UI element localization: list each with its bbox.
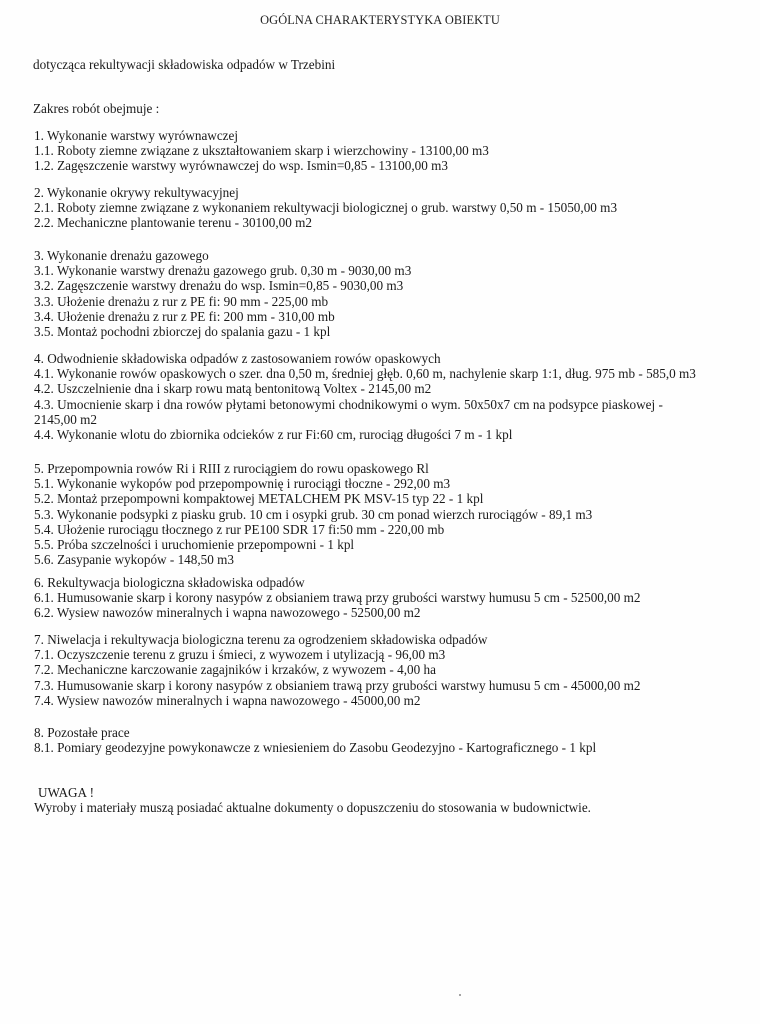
section-item: 4.3. Umocnienie skarp i dna rowów płytam… bbox=[34, 397, 744, 412]
note-text: Wyroby i materiały muszą posiadać aktual… bbox=[34, 800, 738, 815]
section-heading: 1. Wykonanie warstwy wyrównawczej bbox=[34, 128, 744, 143]
section-heading: 3. Wykonanie drenażu gazowego bbox=[34, 248, 744, 263]
section-2: 2. Wykonanie okrywy rekultywacyjnej 2.1.… bbox=[34, 185, 744, 231]
section-item: 5.1. Wykonanie wykopów pod przepompownię… bbox=[34, 476, 744, 491]
section-item: 6.1. Humusowanie skarp i korony nasypów … bbox=[34, 590, 744, 605]
section-4: 4. Odwodnienie składowiska odpadów z zas… bbox=[34, 351, 744, 442]
section-item: 5.2. Montaż przepompowni kompaktowej MET… bbox=[34, 491, 744, 506]
section-item: 7.3. Humusowanie skarp i korony nasypów … bbox=[34, 678, 744, 693]
document-page: OGÓLNA CHARAKTERYSTYKA OBIEKTU dotycząca… bbox=[0, 0, 760, 1024]
section-item: 3.4. Ułożenie drenażu z rur z PE fi: 200… bbox=[34, 309, 744, 324]
note-block: UWAGA ! Wyroby i materiały muszą posiada… bbox=[38, 785, 738, 815]
section-item: 2.2. Mechaniczne plantowanie terenu - 30… bbox=[34, 215, 744, 230]
section-item: 3.1. Wykonanie warstwy drenażu gazowego … bbox=[34, 263, 744, 278]
section-item: 7.2. Mechaniczne karczowanie zagajników … bbox=[34, 662, 744, 677]
section-6: 6. Rekultywacja biologiczna składowiska … bbox=[34, 575, 744, 621]
section-item-continuation: 2145,00 m2 bbox=[34, 412, 744, 427]
section-heading: 8. Pozostałe prace bbox=[34, 725, 744, 740]
section-item: 1.1. Roboty ziemne związane z ukształtow… bbox=[34, 143, 744, 158]
section-item: 5.6. Zasypanie wykopów - 148,50 m3 bbox=[34, 552, 744, 567]
note-label: UWAGA ! bbox=[38, 785, 738, 800]
section-item: 3.5. Montaż pochodni zbiorczej do spalan… bbox=[34, 324, 744, 339]
section-item: 8.1. Pomiary geodezyjne powykonawcze z w… bbox=[34, 740, 744, 755]
scan-speck bbox=[459, 994, 461, 996]
section-7: 7. Niwelacja i rekultywacja biologiczna … bbox=[34, 632, 744, 708]
section-3: 3. Wykonanie drenażu gazowego 3.1. Wykon… bbox=[34, 248, 744, 339]
section-heading: 6. Rekultywacja biologiczna składowiska … bbox=[34, 575, 744, 590]
section-item: 4.2. Uszczelnienie dna i skarp rowu matą… bbox=[34, 381, 744, 396]
section-item: 2.1. Roboty ziemne związane z wykonaniem… bbox=[34, 200, 744, 215]
section-item: 1.2. Zagęszczenie warstwy wyrównawczej d… bbox=[34, 158, 744, 173]
section-heading: 5. Przepompownia rowów Ri i RIII z ruroc… bbox=[34, 461, 744, 476]
section-5: 5. Przepompownia rowów Ri i RIII z ruroc… bbox=[34, 461, 744, 567]
section-item: 5.5. Próba szczelności i uruchomienie pr… bbox=[34, 537, 744, 552]
section-item: 7.4. Wysiew nawozów mineralnych i wapna … bbox=[34, 693, 744, 708]
section-heading: 7. Niwelacja i rekultywacja biologiczna … bbox=[34, 632, 744, 647]
section-heading: 2. Wykonanie okrywy rekultywacyjnej bbox=[34, 185, 744, 200]
document-subtitle: dotycząca rekultywacji składowiska odpad… bbox=[33, 57, 335, 72]
section-item: 3.3. Ułożenie drenażu z rur z PE fi: 90 … bbox=[34, 294, 744, 309]
section-item: 4.4. Wykonanie wlotu do zbiornika odciek… bbox=[34, 427, 744, 442]
section-item: 6.2. Wysiew nawozów mineralnych i wapna … bbox=[34, 605, 744, 620]
section-8: 8. Pozostałe prace 8.1. Pomiary geodezyj… bbox=[34, 725, 744, 755]
document-title: OGÓLNA CHARAKTERYSTYKA OBIEKTU bbox=[0, 13, 760, 28]
section-item: 7.1. Oczyszczenie terenu z gruzu i śmiec… bbox=[34, 647, 744, 662]
scope-label: Zakres robót obejmuje : bbox=[33, 101, 159, 116]
section-item: 5.4. Ułożenie rurociągu tłocznego z rur … bbox=[34, 522, 744, 537]
section-item: 4.1. Wykonanie rowów opaskowych o szer. … bbox=[34, 366, 744, 381]
section-1: 1. Wykonanie warstwy wyrównawczej 1.1. R… bbox=[34, 128, 744, 174]
section-item: 3.2. Zagęszczenie warstwy drenażu do wsp… bbox=[34, 278, 744, 293]
section-item: 5.3. Wykonanie podsypki z piasku grub. 1… bbox=[34, 507, 744, 522]
section-heading: 4. Odwodnienie składowiska odpadów z zas… bbox=[34, 351, 744, 366]
